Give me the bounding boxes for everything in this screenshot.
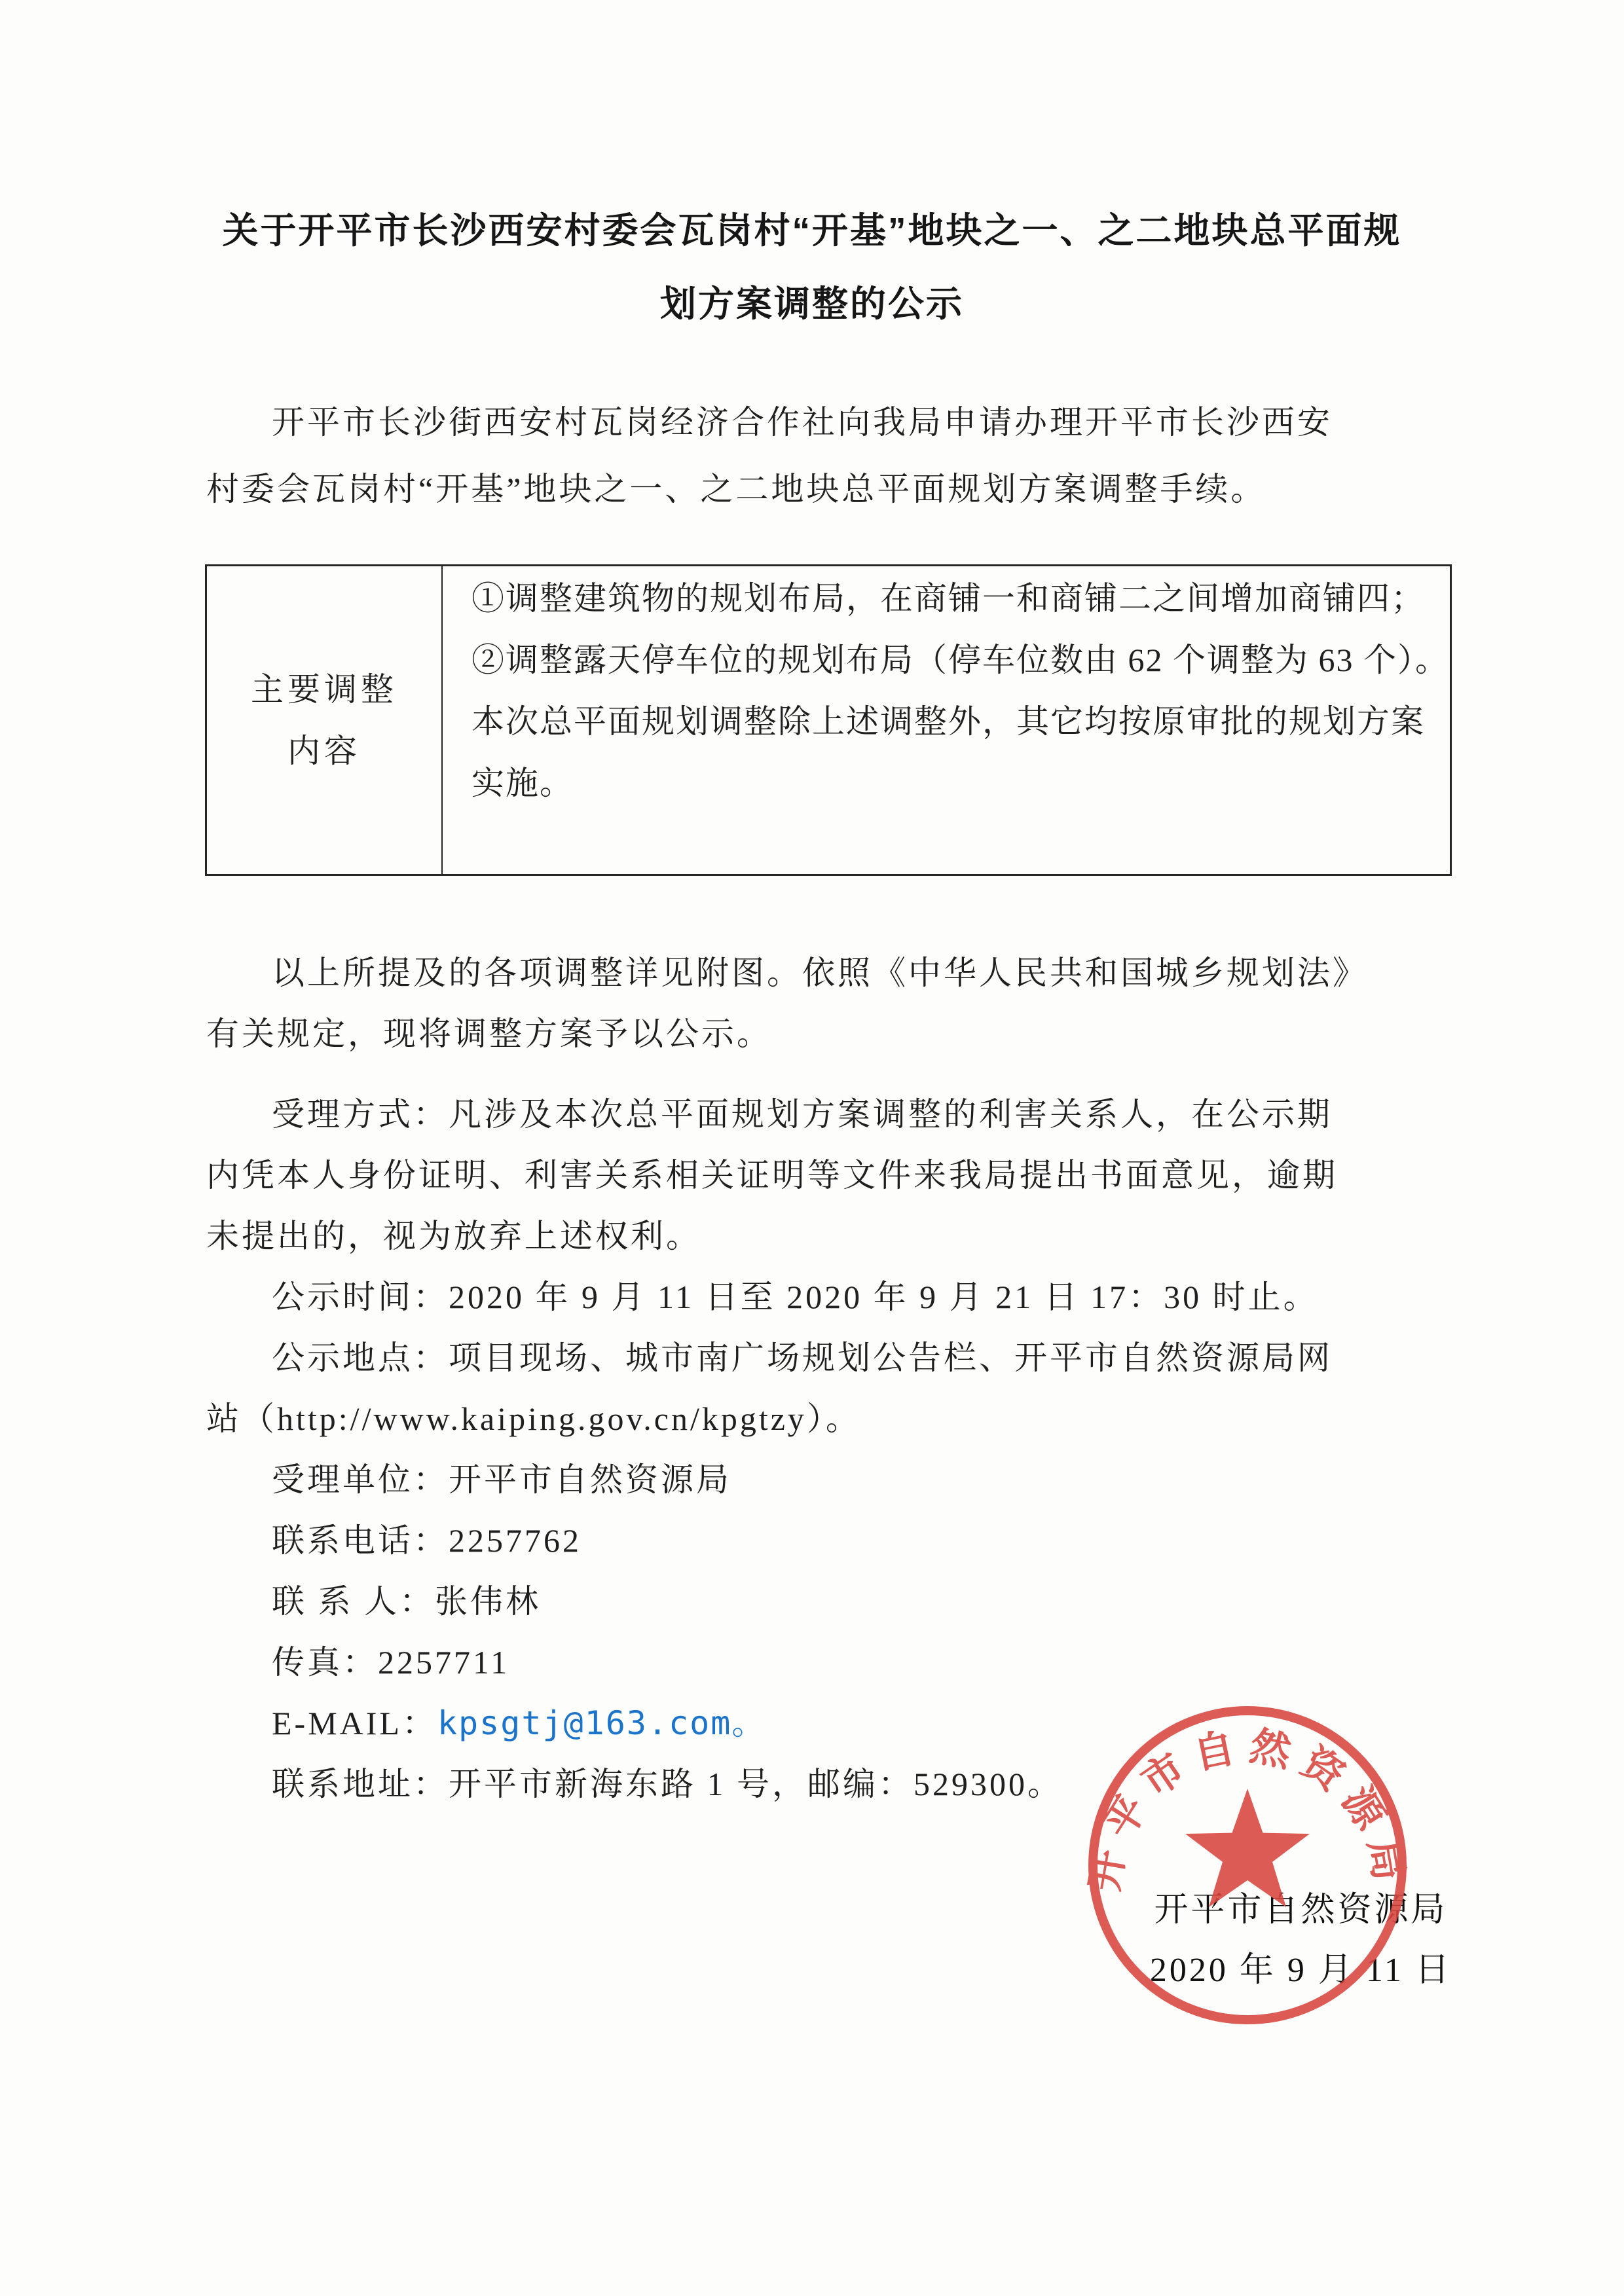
email-line: E-MAIL：kpsgtj@163.com。 — [206, 1693, 1454, 1754]
notice-paragraph: 以上所提及的各项调整详见附图。依照《中华人民共和国城乡规划法》 有关规定，现将调… — [206, 943, 1454, 1065]
signature-block: 开平市自然资源局 2020 年 9 月 11 日 — [1150, 1880, 1452, 2001]
intro-line-1: 开平市长沙街西安村瓦岗经济合作社向我局申请办理开平市长沙西安 — [206, 389, 1454, 456]
table-content-line-2: ②调整露天停车位的规划布局（停车位数由 62 个调整为 63 个）。 — [471, 629, 1450, 691]
email-address: kpsgtj@163.com。 — [437, 1704, 766, 1742]
acceptance-line-1: 受理方式：凡涉及本次总平面规划方案调整的利害关系人，在公示期 — [206, 1084, 1454, 1145]
document-title: 关于开平市长沙西安村委会瓦岗村“开基”地块之一、之二地块总平面规 划方案调整的公… — [0, 194, 1624, 340]
scanned-notice-page: 关于开平市长沙西安村委会瓦岗村“开基”地块之一、之二地块总平面规 划方案调整的公… — [0, 0, 1624, 2296]
email-label: E-MAIL： — [272, 1705, 437, 1741]
acceptance-line-3: 未提出的，视为放弃上述权利。 — [206, 1206, 1454, 1267]
table-content-line-4: 实施。 — [471, 752, 1450, 814]
notice-line-2: 有关规定，现将调整方案予以公示。 — [206, 1004, 1454, 1065]
signature-date: 2020 年 9 月 11 日 — [1150, 1941, 1452, 2001]
notice-line-1: 以上所提及的各项调整详见附图。依照《中华人民共和国城乡规划法》 — [206, 943, 1454, 1004]
signature-org: 开平市自然资源局 — [1150, 1880, 1452, 1941]
body-text: 以上所提及的各项调整详见附图。依照《中华人民共和国城乡规划法》 有关规定，现将调… — [206, 943, 1454, 1815]
title-line-1: 关于开平市长沙西安村委会瓦岗村“开基”地块之一、之二地块总平面规 — [0, 194, 1624, 267]
phone-line: 联系电话：2257762 — [206, 1510, 1454, 1571]
intro-line-2: 村委会瓦岗村“开基”地块之一、之二地块总平面规划方案调整手续。 — [206, 456, 1454, 522]
table-content-line-3: 本次总平面规划调整除上述调整外，其它均按原审批的规划方案 — [471, 691, 1450, 752]
publicity-location-line-2: 站（http://www.kaiping.gov.cn/kpgtzy）。 — [206, 1389, 1454, 1449]
acceptance-paragraph: 受理方式：凡涉及本次总平面规划方案调整的利害关系人，在公示期 内凭本人身份证明、… — [206, 1084, 1454, 1267]
contact-person-line: 联 系 人：张伟林 — [206, 1571, 1454, 1632]
accepting-unit-line: 受理单位：开平市自然资源局 — [206, 1449, 1454, 1510]
publicity-time-line: 公示时间：2020 年 9 月 11 日至 2020 年 9 月 21 日 17… — [206, 1267, 1454, 1328]
table-header-line-1: 主要调整 — [251, 659, 397, 720]
table-header-line-2: 内容 — [287, 720, 361, 782]
publicity-location-line-1: 公示地点：项目现场、城市南广场规划公告栏、开平市自然资源局网 — [206, 1328, 1454, 1389]
main-adjustment-table: 主要调整 内容 ①调整建筑物的规划布局，在商铺一和商铺二之间增加商铺四； ②调整… — [205, 564, 1452, 876]
address-line: 联系地址：开平市新海东路 1 号，邮编：529300。 — [206, 1754, 1454, 1815]
intro-paragraph: 开平市长沙街西安村瓦岗经济合作社向我局申请办理开平市长沙西安 村委会瓦岗村“开基… — [206, 389, 1454, 522]
fax-line: 传真：2257711 — [206, 1632, 1454, 1693]
table-content-cell: ①调整建筑物的规划布局，在商铺一和商铺二之间增加商铺四； ②调整露天停车位的规划… — [443, 566, 1450, 874]
title-line-2: 划方案调整的公示 — [0, 267, 1624, 340]
acceptance-line-2: 内凭本人身份证明、利害关系相关证明等文件来我局提出书面意见，逾期 — [206, 1145, 1454, 1206]
table-header-cell: 主要调整 内容 — [207, 566, 443, 874]
table-content-line-1: ①调整建筑物的规划布局，在商铺一和商铺二之间增加商铺四； — [471, 568, 1450, 629]
